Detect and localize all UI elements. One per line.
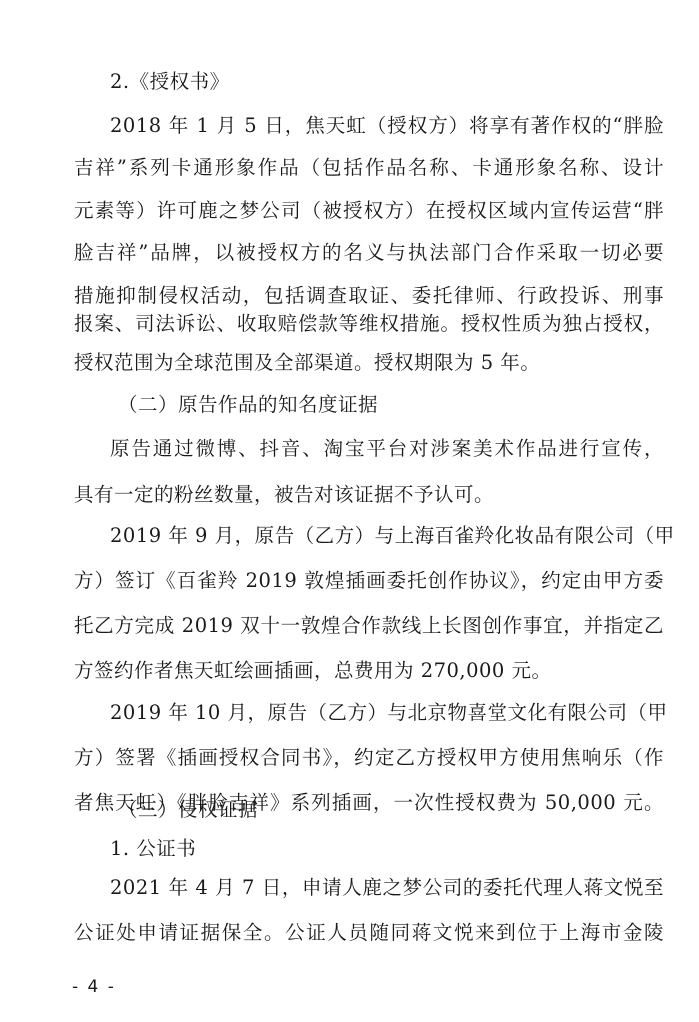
paragraph-line: 元素等）许可鹿之梦公司（被授权方）在授权区域内宣传运营“胖 <box>74 198 664 224</box>
document-page: 2.《授权书》 2018 年 1 月 5 日，焦天虹（授权方）将享有著作权的“胖… <box>0 0 699 1022</box>
paragraph-line: 措施抑制侵权活动，包括调查取证、委托律师、行政投诉、刑事 <box>74 283 664 309</box>
section-heading-fame-evidence: （二）原告作品的知名度证据 <box>118 392 699 418</box>
section-heading-infringement-evidence: （三）侵权证据 <box>118 797 699 823</box>
paragraph-line: 方）签订《百雀羚 2019 敦煌插画委托创作协议》，约定由甲方委 <box>74 568 664 594</box>
paragraph-line: 授权范围为全球范围及全部渠道。授权期限为 5 年。 <box>74 350 664 376</box>
paragraph-line: 托乙方完成 2019 双十一敦煌合作款线上长图创作事宜，并指定乙 <box>74 613 664 639</box>
paragraph-line: 2021 年 4 月 7 日，申请人鹿之梦公司的委托代理人蒋文悦至 <box>110 875 664 901</box>
paragraph-line: 公证处申请证据保全。公证人员随同蒋文悦来到位于上海市金陵 <box>74 920 664 946</box>
paragraph-line: 报案、司法诉讼、收取赔偿款等维权措施。授权性质为独占授权， <box>74 311 664 337</box>
paragraph-line: 2019 年 9 月，原告（乙方）与上海百雀羚化妆品有限公司（甲 <box>110 523 664 549</box>
paragraph-line: 2018 年 1 月 5 日，焦天虹（授权方）将享有著作权的“胖脸 <box>110 113 664 139</box>
paragraph-line: 2019 年 10 月，原告（乙方）与北京物喜堂文化有限公司（甲 <box>110 700 664 726</box>
section-heading-notarial-certificate: 1. 公证书 <box>110 836 664 862</box>
paragraph-line: 具有一定的粉丝数量，被告对该证据不予认可。 <box>74 482 664 508</box>
paragraph-line: 方签约作者焦天虹绘画插画，总费用为 270,000 元。 <box>74 658 664 684</box>
paragraph-line: 原告通过微博、抖音、淘宝平台对涉案美术作品进行宣传， <box>110 436 664 462</box>
paragraph-line: 吉祥”系列卡通形象作品（包括作品名称、卡通形象名称、设计 <box>74 155 664 181</box>
paragraph-line: 方）签署《插画授权合同书》，约定乙方授权甲方使用焦响乐（作 <box>74 745 664 771</box>
page-number: - 4 - <box>72 976 116 998</box>
paragraph-line: 脸吉祥”品牌，以被授权方的名义与执法部门合作采取一切必要 <box>74 240 664 266</box>
section-heading-authorization-letter: 2.《授权书》 <box>110 69 664 95</box>
